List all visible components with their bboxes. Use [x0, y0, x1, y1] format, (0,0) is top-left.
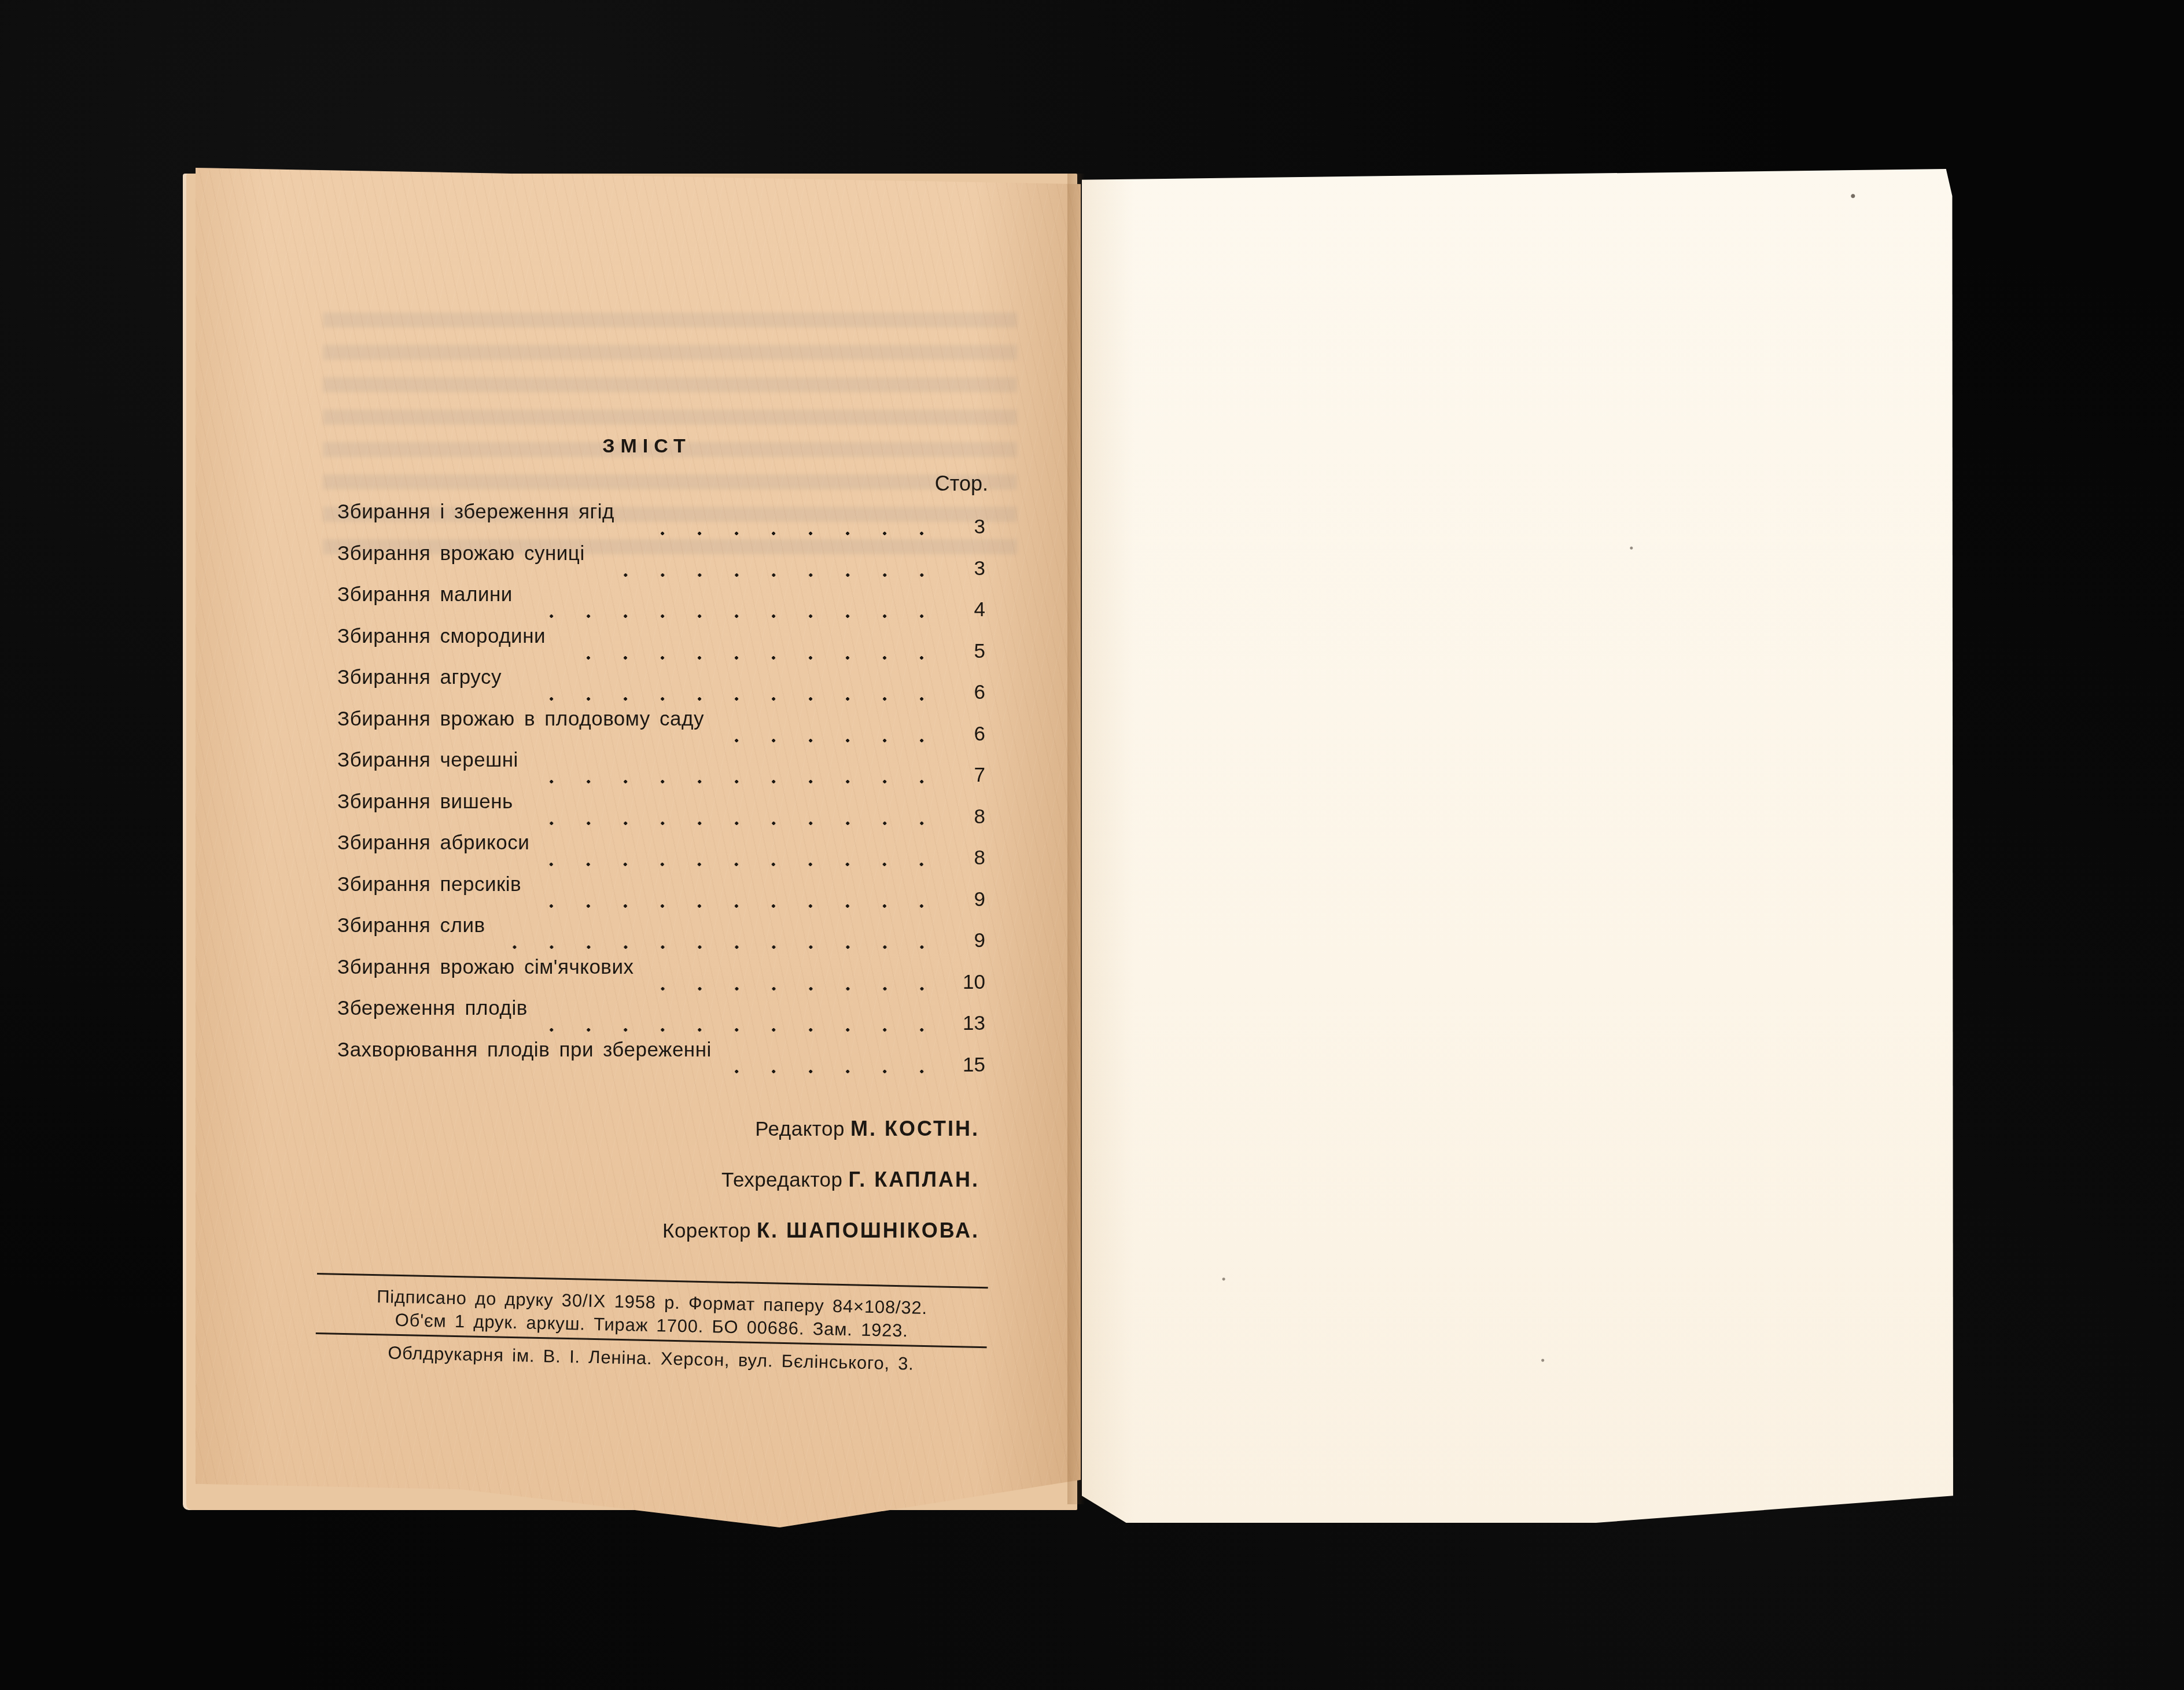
dot-leader — [529, 804, 940, 827]
toc-item-label: Збереження плодів — [337, 997, 528, 1020]
toc-item-label: Збирання агрусу — [337, 666, 502, 689]
toc-item: Збирання і збереження ягід3 — [337, 500, 985, 542]
credit-line: КоректорК. ШАПОШНІКОВА. — [662, 1218, 979, 1269]
credit-name: К. ШАПОШНІКОВА. — [757, 1218, 979, 1242]
dot-leader — [537, 887, 940, 910]
toc-item-page: 5 — [953, 640, 985, 663]
toc-item: Збирання слив9 — [337, 914, 985, 956]
credit-line: ТехредакторГ. КАПЛАН. — [662, 1168, 979, 1218]
toc-item: Збирання малини4 — [337, 583, 985, 625]
credit-role: Техредактор — [721, 1169, 842, 1191]
toc-item-label: Збирання врожаю суниці — [337, 542, 585, 565]
toc-item: Збирання абрикоси8 — [337, 831, 985, 873]
toc-item-page: 9 — [953, 929, 985, 952]
toc-item: Захворювання плодів при збереженні15 — [337, 1039, 985, 1080]
toc-item-label: Збирання черешні — [337, 749, 518, 772]
toc-item-label: Збирання персиків — [337, 873, 521, 896]
toc-item-label: Захворювання плодів при збереженні — [337, 1039, 712, 1062]
toc-item-label: Збирання врожаю в плодовому саду — [337, 708, 704, 731]
toc-item-page: 10 — [953, 971, 985, 994]
credit-role: Редактор — [755, 1118, 845, 1140]
toc-item-page: 7 — [953, 764, 985, 787]
toc-item: Збирання вишень8 — [337, 790, 985, 832]
right-page-blank — [1082, 169, 1968, 1523]
dot-leader — [650, 970, 940, 993]
toc-item-label: Збирання і збереження ягід — [337, 500, 614, 524]
credit-name: М. КОСТІН. — [850, 1117, 979, 1140]
imprint-block: Підписано до друку 30/IX 1958 р. Формат … — [315, 1273, 988, 1377]
dot-leader — [728, 1052, 940, 1076]
toc-item-page: 3 — [953, 557, 985, 580]
toc-item-page: 9 — [953, 888, 985, 911]
dot-leader — [562, 639, 940, 662]
paper-specks — [1082, 169, 1968, 1523]
toc-item: Збирання врожаю сім'ячкових10 — [337, 956, 985, 997]
toc-item-page: 13 — [953, 1012, 985, 1035]
toc-item-page: 3 — [953, 516, 985, 539]
toc-item: Збирання агрусу6 — [337, 666, 985, 708]
dot-leader — [546, 845, 940, 868]
toc-item-page: 6 — [953, 681, 985, 704]
credit-line: РедакторМ. КОСТІН. — [662, 1117, 979, 1168]
dot-leader — [601, 556, 940, 579]
dot-leader — [631, 514, 940, 537]
left-page: ЗМІСТ Стор. Збирання і збереження ягід3З… — [196, 168, 1081, 1527]
dot-leader — [502, 928, 940, 951]
toc-item-page: 4 — [953, 598, 985, 621]
credit-name: Г. КАПЛАН. — [848, 1168, 979, 1191]
toc-item-label: Збирання слив — [337, 914, 485, 937]
toc-pages-header: Стор. — [935, 472, 988, 496]
credit-role: Коректор — [662, 1220, 751, 1242]
toc-item-page: 15 — [953, 1054, 985, 1077]
toc-item-page: 8 — [953, 805, 985, 829]
toc-item: Збирання врожаю суниці3 — [337, 542, 985, 584]
dot-leader — [720, 721, 940, 745]
table-of-contents: Збирання і збереження ягід3Збирання врож… — [337, 500, 985, 1080]
dot-leader — [544, 1011, 940, 1034]
dot-leader — [529, 597, 940, 620]
credits: РедакторМ. КОСТІН.ТехредакторГ. КАПЛАН.К… — [662, 1117, 979, 1269]
dot-leader — [518, 680, 940, 703]
toc-item-label: Збирання смородини — [337, 625, 546, 648]
toc-item-label: Збирання врожаю сім'ячкових — [337, 956, 634, 979]
toc-item: Збирання черешні7 — [337, 749, 985, 790]
toc-item: Збирання врожаю в плодовому саду6 — [337, 708, 985, 749]
toc-item-page: 8 — [953, 846, 985, 870]
toc-item-label: Збирання вишень — [337, 790, 513, 813]
dot-leader — [535, 763, 940, 786]
toc-item-label: Збирання малини — [337, 583, 513, 606]
toc-item: Збирання персиків9 — [337, 873, 985, 915]
toc-item: Збирання смородини5 — [337, 625, 985, 667]
toc-item: Збереження плодів13 — [337, 997, 985, 1039]
toc-item-label: Збирання абрикоси — [337, 831, 529, 855]
toc-title: ЗМІСТ — [196, 435, 1081, 458]
toc-item-page: 6 — [953, 723, 985, 746]
